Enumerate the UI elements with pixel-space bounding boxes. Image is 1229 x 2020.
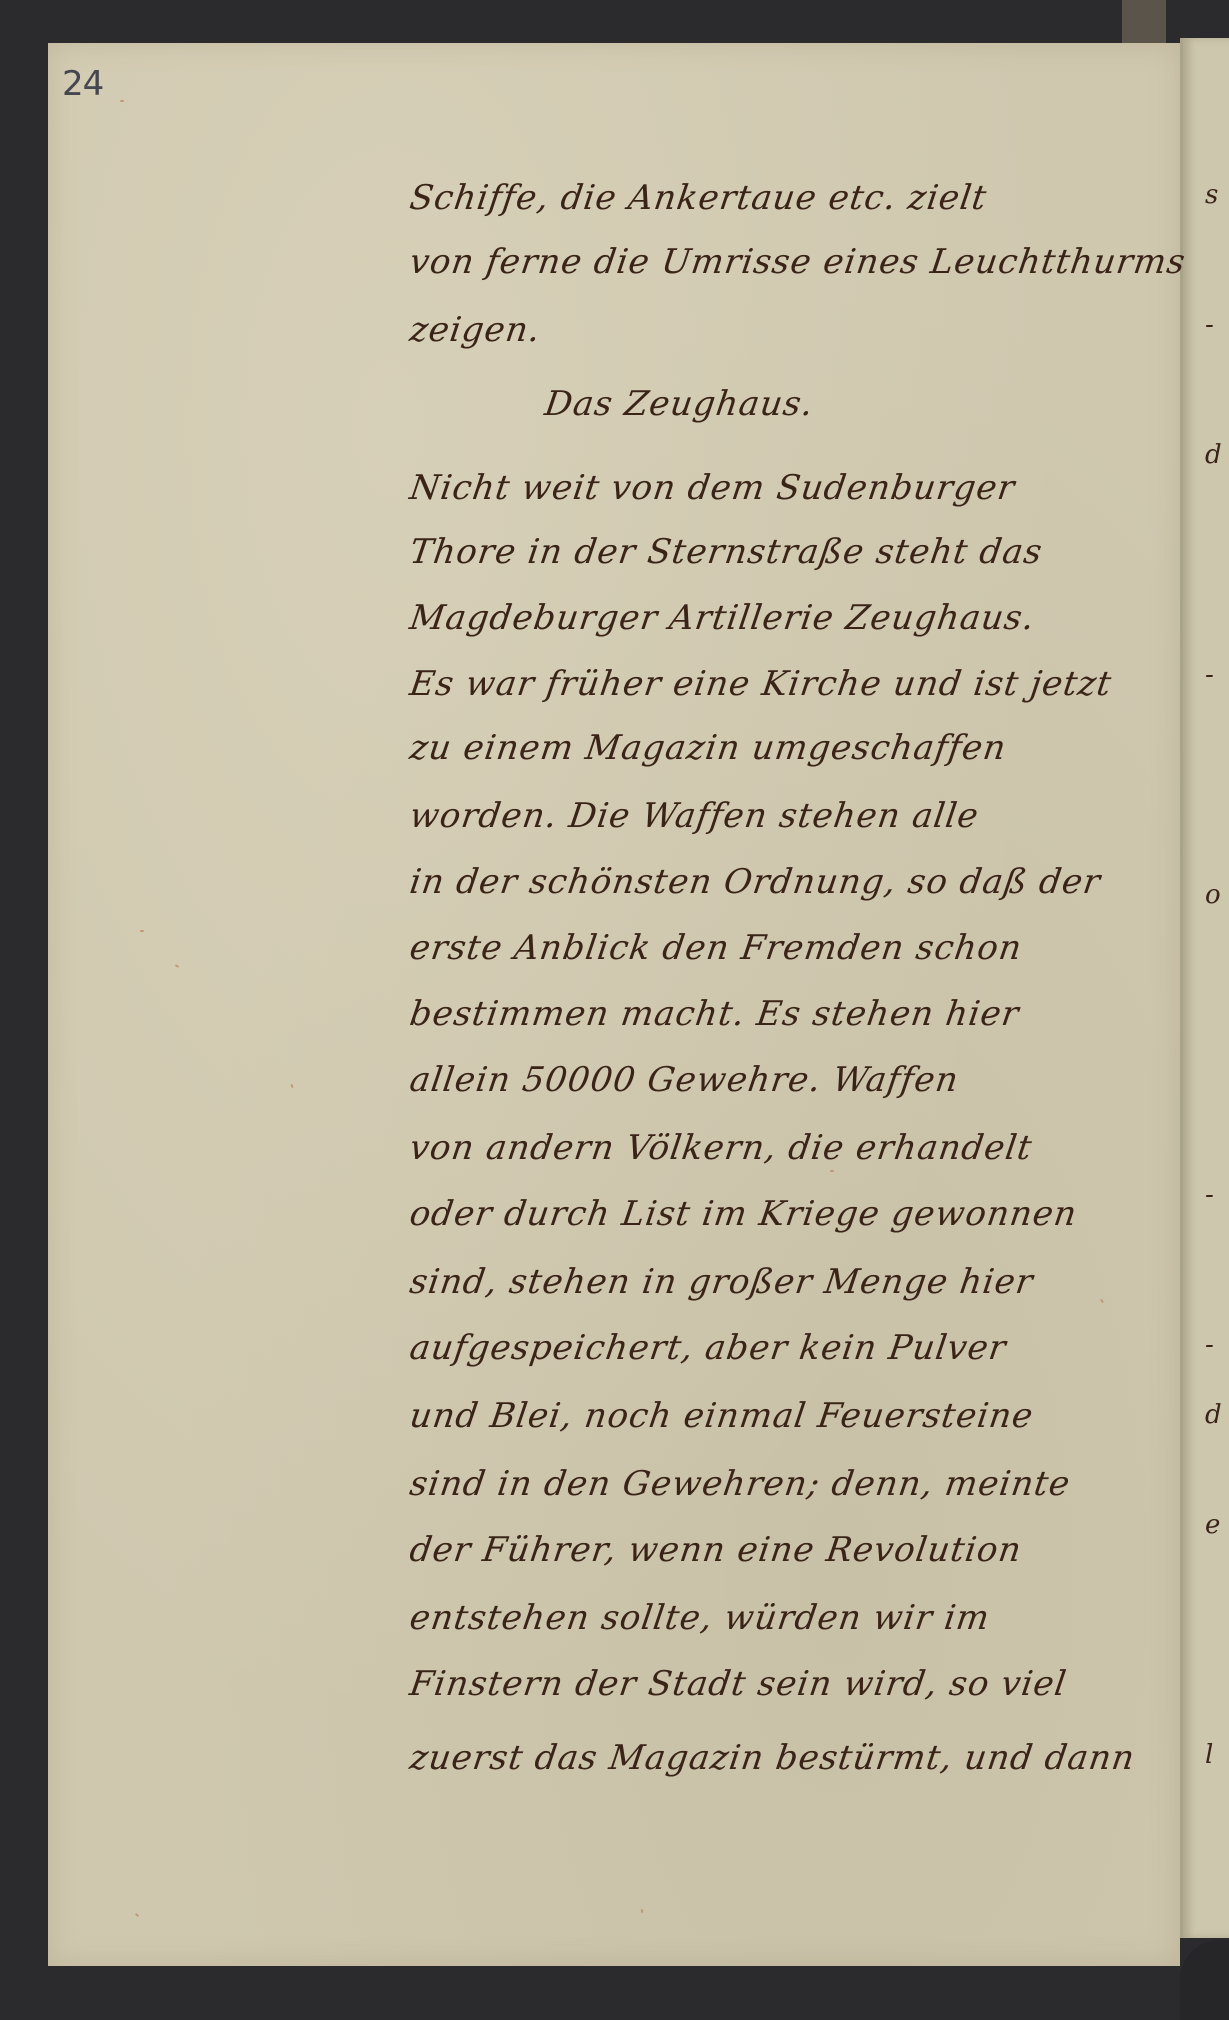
paper-fleck — [830, 1170, 834, 1172]
text-line: Nicht weit von dem Sudenburger — [407, 468, 1133, 508]
text-line: der Führer, wenn eine Revolution — [407, 1530, 1133, 1570]
text-line: Magdeburger Artillerie Zeughaus. — [407, 598, 1133, 638]
text-line: zeigen. — [407, 310, 1133, 350]
paper-fleck — [140, 930, 144, 932]
text-line: erste Anblick den Fremden schon — [407, 928, 1133, 968]
text-line: in der schönsten Ordnung, so daß der — [407, 862, 1133, 902]
text-line: allein 50000 Gewehre. Waffen — [407, 1060, 1133, 1100]
margin-fragment: l — [1205, 1740, 1213, 1770]
margin-fragment: d — [1205, 440, 1222, 470]
text-line: Finstern der Stadt sein wird, so viel — [407, 1664, 1133, 1704]
margin-fragment: - — [1205, 310, 1214, 340]
text-line: worden. Die Waffen stehen alle — [407, 796, 1133, 836]
margin-fragment: - — [1205, 1330, 1214, 1360]
text-line: sind, stehen in großer Menge hier — [407, 1262, 1133, 1302]
text-line: von ferne die Umrisse eines Leuchtthurms — [407, 242, 1133, 282]
text-line: entstehen sollte, würden wir im — [407, 1598, 1133, 1638]
margin-fragment: d — [1205, 1400, 1222, 1430]
text-line: sind in den Gewehren; denn, meinte — [407, 1464, 1133, 1504]
text-line: und Blei, noch einmal Feuersteine — [407, 1396, 1133, 1436]
paper-fleck — [120, 100, 124, 102]
text-line: zuerst das Magazin bestürmt, und dann — [407, 1738, 1133, 1778]
page-shadow — [1180, 1940, 1229, 2020]
text-line: Schiffe, die Ankertaue etc. zielt — [407, 178, 1133, 218]
text-line: Thore in der Sternstraße steht das — [407, 532, 1133, 572]
text-line: aufgespeichert, aber kein Pulver — [407, 1328, 1133, 1368]
margin-fragment: o — [1205, 880, 1221, 910]
section-heading: Das Zeughaus. — [542, 384, 1229, 424]
text-line: zu einem Magazin umgeschaffen — [407, 728, 1133, 768]
margin-fragment: - — [1205, 1180, 1214, 1210]
margin-fragment: e — [1205, 1510, 1220, 1540]
text-line: Es war früher eine Kirche und ist jetzt — [407, 664, 1133, 704]
margin-fragment: s — [1205, 180, 1218, 210]
margin-fragment: - — [1205, 660, 1214, 690]
binding-tab — [1122, 0, 1166, 44]
paper-fleck — [641, 1909, 644, 1913]
text-line: von andern Völkern, die erhandelt — [407, 1128, 1133, 1168]
text-line: oder durch List im Kriege gewonnen — [407, 1194, 1133, 1234]
text-line: bestimmen macht. Es stehen hier — [407, 994, 1133, 1034]
folio-number: 24 — [62, 64, 103, 104]
